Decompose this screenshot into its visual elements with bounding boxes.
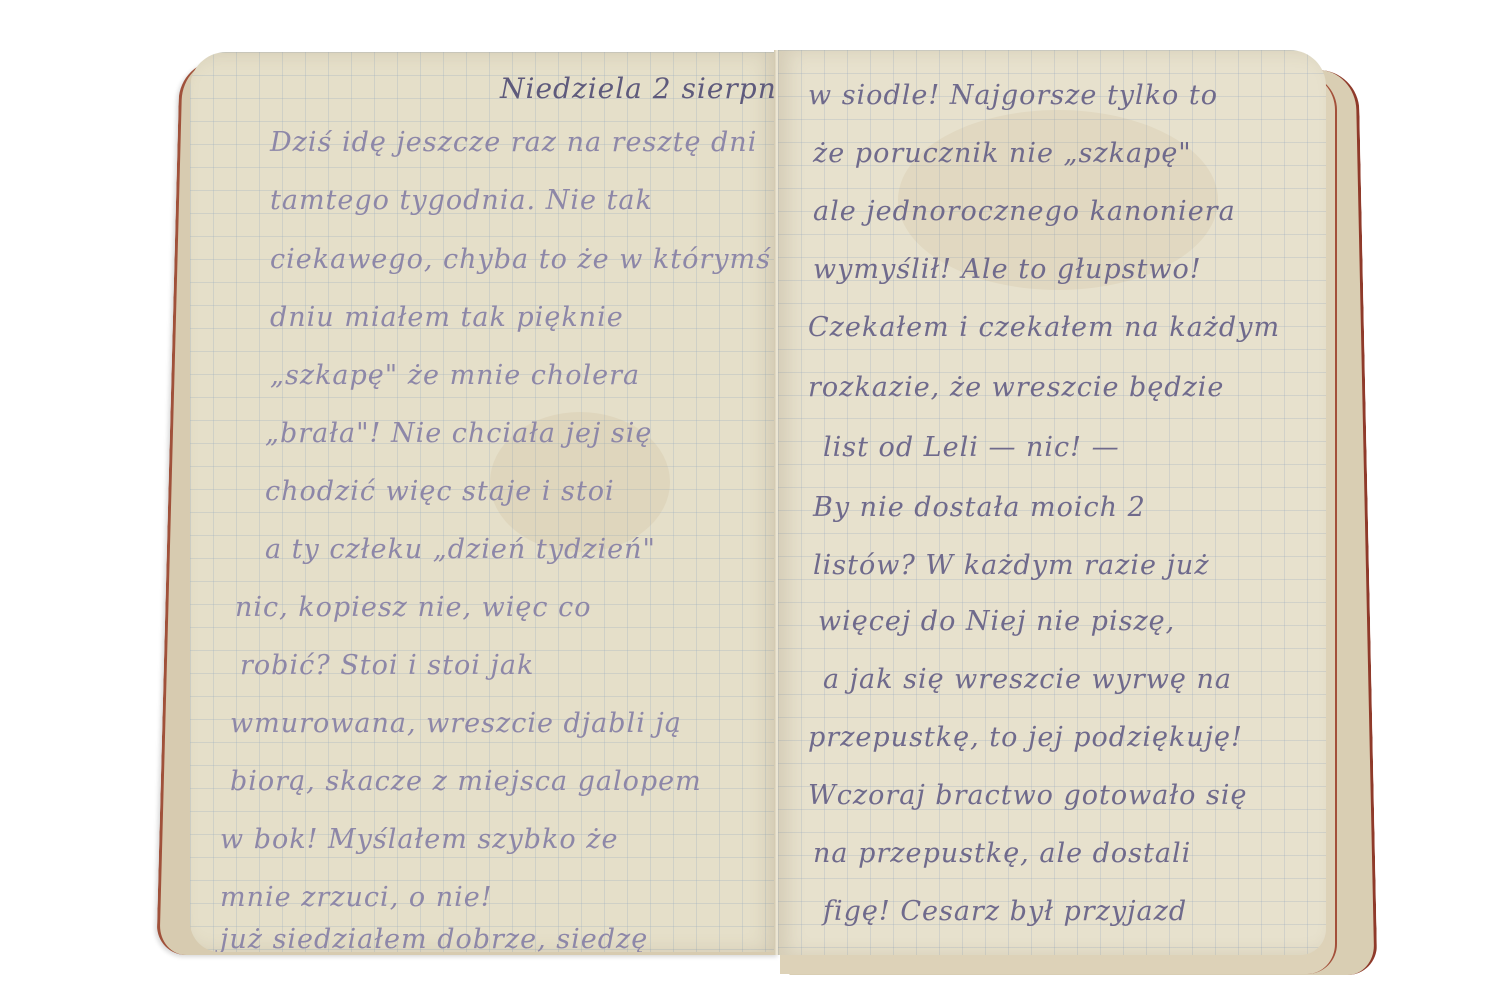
handwritten-line: Czekałem i czekałem na każdym — [808, 312, 1280, 343]
handwritten-line: mnie zrzuci, o nie! — [220, 882, 493, 913]
handwritten-line: już siedziałem dobrze, siedzę — [220, 924, 648, 952]
handwritten-line: listów? W każdym razie już — [813, 550, 1210, 581]
handwritten-line: wmurowana, wreszcie djabli ją — [230, 708, 682, 739]
handwritten-line: przepustkę, to jej podziękuję! — [808, 722, 1243, 753]
right-page: w siodle! Najgorsze tylko to że poruczni… — [778, 50, 1326, 955]
handwritten-line: Dziś idę jeszcze raz na resztę dni — [270, 127, 757, 158]
handwritten-line: więcej do Niej nie piszę, — [818, 606, 1175, 637]
handwritten-line: list od Leli — nic! — — [823, 432, 1120, 463]
handwritten-line: na przepustkę, ale dostali — [813, 838, 1191, 869]
handwritten-line: figę! Cesarz był przyjazd — [823, 896, 1187, 927]
handwritten-line: „brała"! Nie chciała jej się — [265, 418, 652, 449]
left-page: Niedziela 2 sierpnia Dziś idę jeszcze ra… — [190, 52, 778, 952]
handwritten-line: nic, kopiesz nie, więc co — [235, 592, 591, 623]
handwritten-line: wymyślił! Ale to głupstwo! — [813, 254, 1202, 285]
handwritten-line: robić? Stoi i stoi jak — [240, 650, 534, 681]
handwritten-line: a jak się wreszcie wyrwę na — [823, 664, 1232, 695]
handwritten-line: w bok! Myślałem szybko że — [220, 824, 618, 855]
handwritten-line: tamtego tygodnia. Nie tak — [270, 185, 653, 216]
handwritten-line: „szkapę" że mnie cholera — [270, 360, 640, 391]
handwritten-line: ale jednorocznego kanoniera — [813, 196, 1236, 227]
handwritten-line: dniu miałem tak pięknie — [270, 302, 624, 333]
handwritten-line: By nie dostała moich 2 — [813, 492, 1146, 523]
handwritten-line: a ty człeku „dzień tydzień" — [265, 534, 656, 565]
handwritten-line: chodzić więc staje i stoi — [265, 476, 615, 507]
diary-date-heading: Niedziela 2 sierpnia — [500, 72, 778, 105]
handwritten-line: biorą, skacze z miejsca galopem — [230, 766, 702, 797]
handwritten-line: że porucznik nie „szkapę" — [813, 138, 1192, 169]
handwritten-line: w siodle! Najgorsze tylko to — [808, 80, 1218, 111]
handwritten-line: Wczoraj bractwo gotowało się — [808, 780, 1247, 811]
notebook-photo: Niedziela 2 sierpnia Dziś idę jeszcze ra… — [0, 0, 1500, 1000]
handwritten-line: rozkazie, że wreszcie będzie — [808, 372, 1224, 403]
handwritten-line: ciekawego, chyba to że w którymś — [270, 244, 771, 275]
